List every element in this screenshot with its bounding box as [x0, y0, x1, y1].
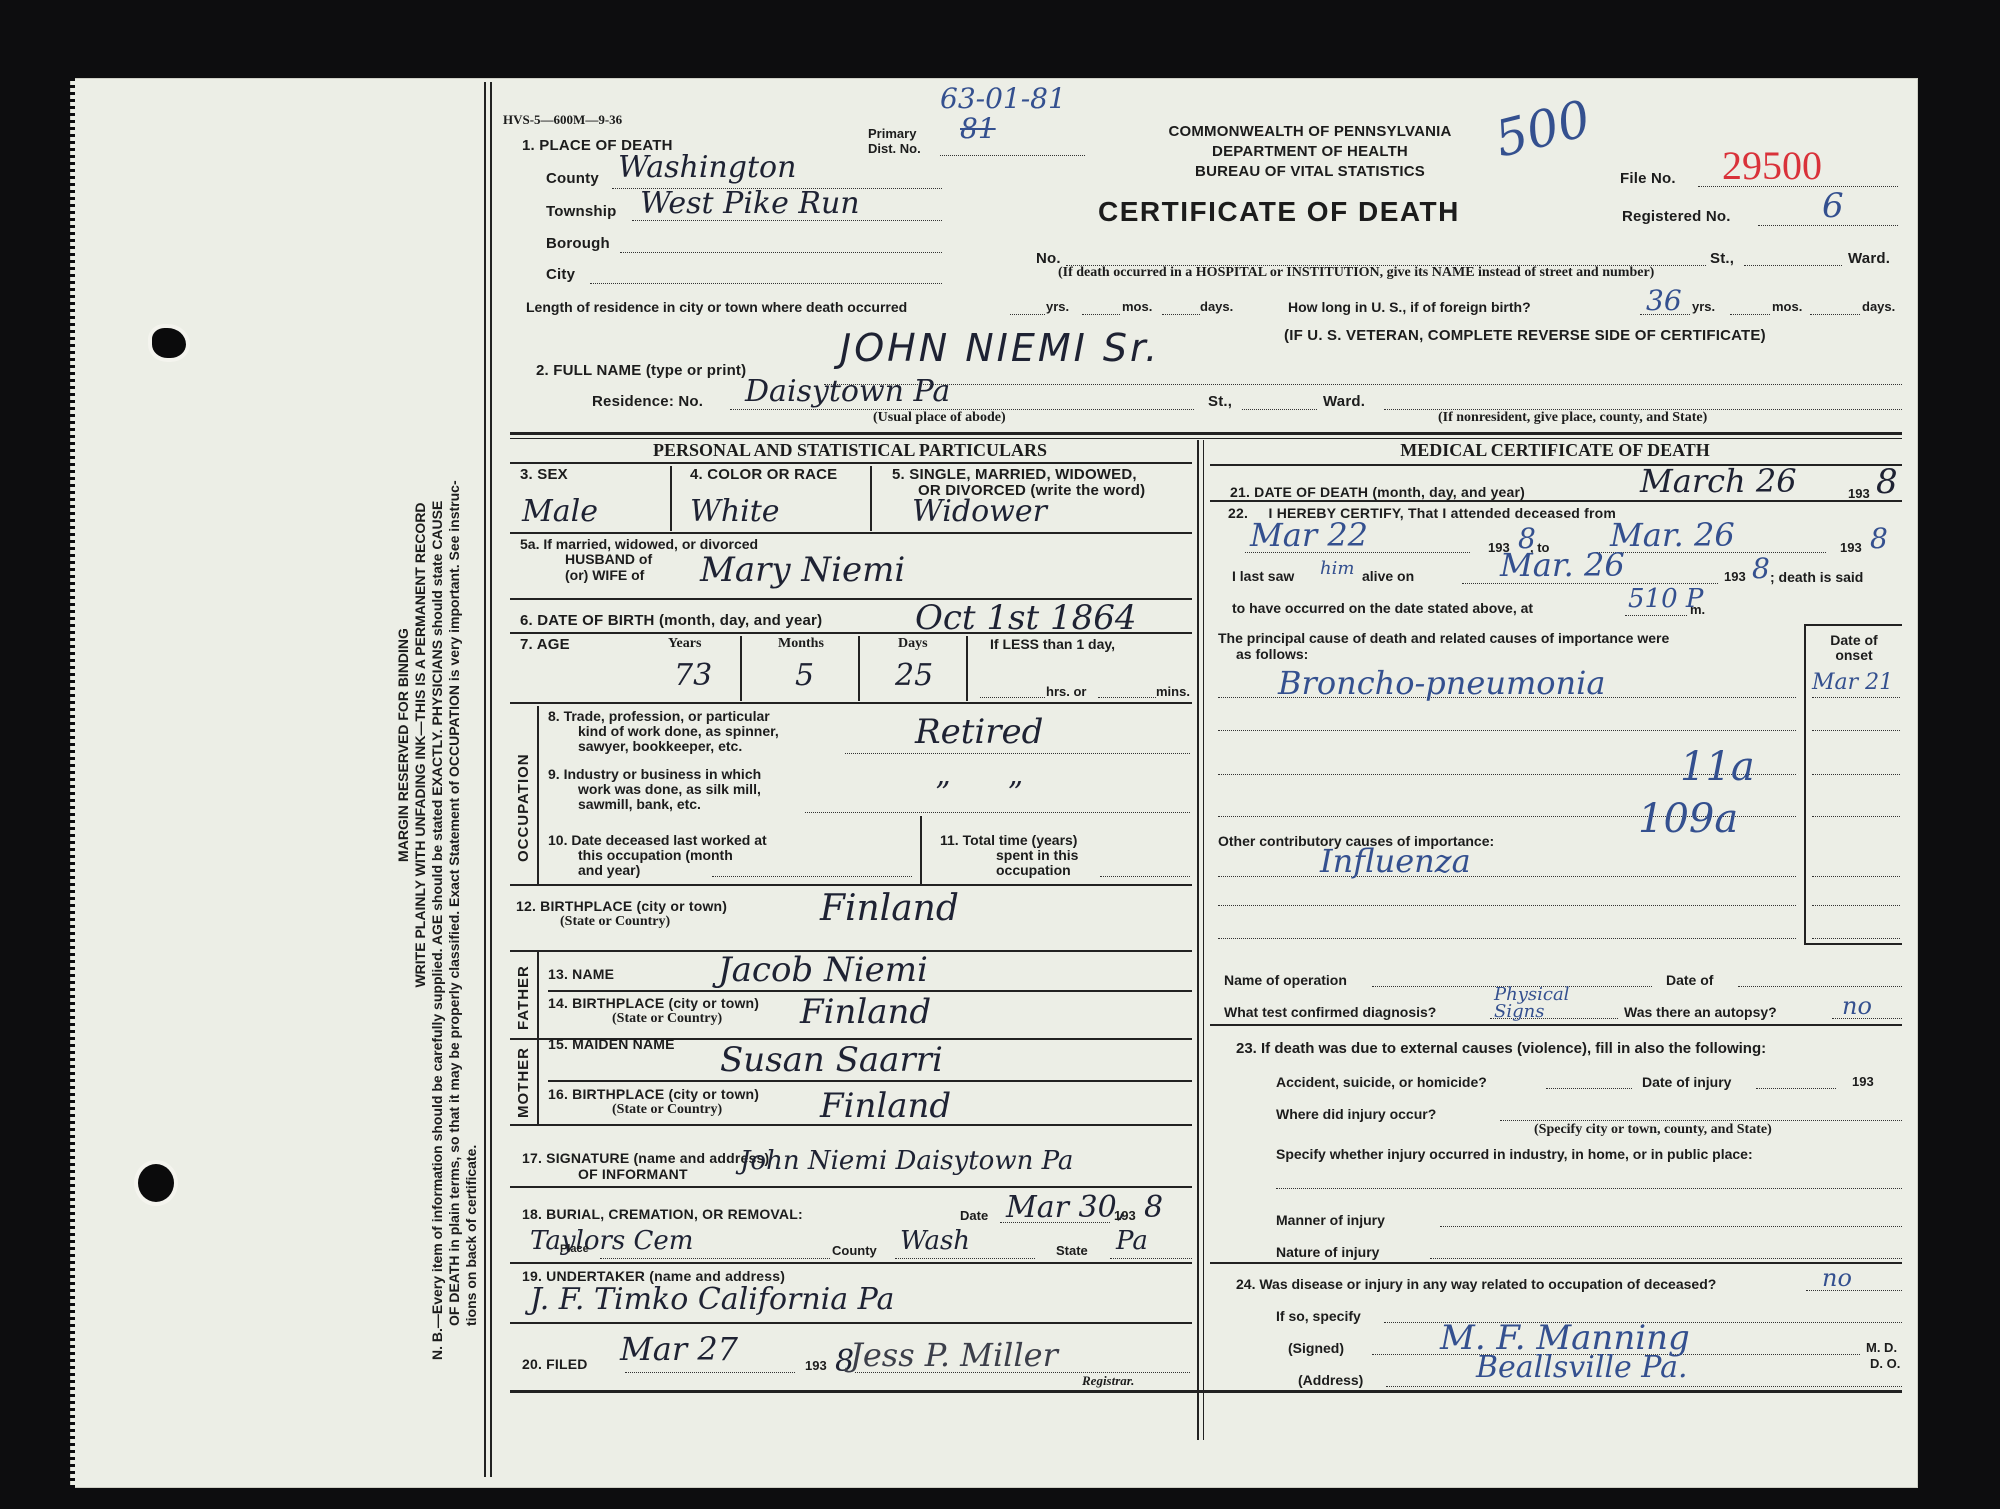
mother-bp-label-1: 16. BIRTHPLACE (city or town) [548, 1086, 759, 1102]
total-time-field[interactable] [1100, 876, 1190, 877]
onset-line-2[interactable] [1812, 730, 1900, 731]
dist-no-label: Dist. No. [868, 141, 921, 156]
principal-cause-value: Broncho-pneumonia [1278, 664, 1605, 702]
last-saw-label-1: I last saw [1232, 568, 1294, 584]
accident-field[interactable] [1546, 1088, 1632, 1089]
residence-ward-label: Ward. [1323, 393, 1365, 410]
operation-label: Name of operation [1224, 972, 1347, 988]
burial-place-field[interactable] [600, 1258, 830, 1259]
birthplace-label-2: (State or Country) [560, 914, 670, 930]
onset-line-3[interactable] [1812, 774, 1900, 775]
file-no-value: 29500 [1722, 142, 1822, 189]
onset-note-109a: 109a [1638, 796, 1738, 842]
age-div-1 [740, 636, 742, 701]
occupation-related-value: no [1822, 1264, 1852, 1292]
attended-to-year-prefix: 193 [1840, 540, 1862, 555]
other-onset-line-2[interactable] [1812, 905, 1900, 906]
burial-county-label: County [832, 1243, 877, 1258]
cause-label-1: The principal cause of death and related… [1218, 630, 1669, 646]
occupation-side-bar [537, 706, 539, 886]
age-label: 7. AGE [520, 636, 570, 653]
race-marital-divider [870, 466, 872, 531]
residence-st-label: St., [1208, 393, 1232, 410]
township-label: Township [546, 203, 616, 220]
do-label: D. O. [1870, 1356, 1900, 1371]
specify-label: Specify whether injury occurred in indus… [1276, 1146, 1753, 1162]
last-saw-year-suffix: 8 [1752, 552, 1770, 585]
spouse-label-2: HUSBAND of [565, 551, 652, 567]
burial-place-value: Taylors Cem [530, 1226, 693, 1256]
attended-to-value: Mar. 26 [1610, 516, 1735, 554]
spouse-value: Mary Niemi [700, 550, 905, 590]
father-side-bar [537, 952, 539, 1038]
race-label: 4. COLOR OR RACE [690, 466, 837, 483]
form-border-inner [490, 82, 492, 1477]
burial-year-suffix: 8 [1144, 1190, 1163, 1225]
where-field[interactable] [1500, 1120, 1902, 1121]
undertaker-value: J. F. Timko California Pa [530, 1282, 894, 1317]
age-less-label: If LESS than 1 day, [990, 636, 1115, 652]
other-cause-line-1[interactable] [1218, 876, 1796, 877]
last-saw-value: Mar. 26 [1500, 546, 1625, 584]
mother-name-label: 15. MAIDEN NAME [548, 1036, 675, 1052]
sex-race-divider [670, 466, 672, 531]
borough-field[interactable] [620, 252, 942, 253]
accident-label: Accident, suicide, or homicide? [1276, 1074, 1487, 1090]
burial-county-field[interactable] [895, 1258, 1035, 1259]
other-cause-line-3[interactable] [1218, 938, 1796, 939]
margin-note-line-5: tions on back of certificate. [463, 130, 480, 1360]
residence-value: Daisytown Pa [745, 374, 950, 409]
onset-box-bottom [1804, 943, 1902, 945]
occupation-section-label: OCCUPATION [515, 753, 532, 862]
total-time-label-2: spent in this [996, 847, 1078, 863]
residence-mos-label: mos. [1122, 299, 1152, 314]
occupation-mid-divider [920, 816, 922, 886]
test-label: What test confirmed diagnosis? [1224, 1004, 1436, 1020]
annotation-top-number: 63-01-81 [940, 82, 1066, 115]
township-value: West Pike Run [640, 186, 860, 221]
mother-bp-value: Finland [820, 1086, 951, 1126]
spouse-label-3: (or) WIFE of [565, 567, 644, 583]
last-worked-label-1: 10. Date deceased last worked at [548, 832, 767, 848]
total-time-label-3: occupation [996, 862, 1071, 878]
medical-rule-4 [1210, 1262, 1902, 1264]
registrar-label: Registrar. [1082, 1373, 1134, 1389]
address-value: Beallsville Pa. [1476, 1350, 1688, 1385]
age-hrs-label: hrs. or [1046, 684, 1086, 699]
dod-year-suffix: 8 [1876, 462, 1898, 502]
marital-label-1: 5. SINGLE, MARRIED, WIDOWED, [892, 466, 1137, 483]
age-years-label: Years [668, 636, 701, 652]
binding-hole-top [152, 328, 186, 358]
residence-mos-field[interactable] [1082, 314, 1120, 315]
where-note: (Specify city or town, county, and State… [1534, 1122, 1772, 1138]
last-worked-field[interactable] [712, 876, 912, 877]
age-div-3 [966, 636, 968, 701]
us-days-field[interactable] [1810, 314, 1860, 315]
test-value: Physical Signs [1494, 986, 1614, 1020]
nature-label: Nature of injury [1276, 1244, 1379, 1260]
informant-value: John Niemi Daisytown Pa [740, 1146, 1073, 1176]
death-said-label: ; death is said [1770, 569, 1863, 585]
veteran-note: (IF U. S. VETERAN, COMPLETE REVERSE SIDE… [1284, 327, 1766, 344]
section-divider-top-2 [510, 438, 1902, 439]
injury-date-label: Date of injury [1642, 1074, 1731, 1090]
sex-label: 3. SEX [520, 466, 568, 483]
burial-state-field[interactable] [1110, 1258, 1192, 1259]
last-saw-label-2: alive on [1362, 568, 1414, 584]
marital-value: Widower [912, 494, 1047, 529]
industry-label-3: sawmill, bank, etc. [578, 796, 701, 812]
industry-field[interactable] [805, 812, 1190, 813]
header-bureau: BUREAU OF VITAL STATISTICS [1140, 163, 1480, 180]
medical-rule-2 [1210, 500, 1902, 502]
age-hrs-field[interactable] [980, 697, 1045, 698]
city-field[interactable] [590, 283, 942, 284]
if-so-label: If so, specify [1276, 1308, 1361, 1324]
margin-note-line-3: N. B.—Every item of information should b… [429, 130, 446, 1360]
form-code: HVS-5—600M—9-36 [503, 112, 622, 128]
file-no-label: File No. [1620, 170, 1676, 187]
principal-onset-value: Mar 21 [1812, 670, 1893, 695]
operation-date-field[interactable] [1738, 986, 1902, 987]
medical-rule-3 [1210, 1024, 1902, 1026]
section-divider-top [510, 432, 1902, 435]
signed-label: (Signed) [1288, 1340, 1344, 1356]
occurred-label: to have occurred on the date stated abov… [1232, 600, 1533, 616]
personal-rule-10 [510, 1186, 1192, 1188]
burial-date-value: Mar 30, [1006, 1190, 1126, 1225]
filed-date-field[interactable] [625, 1372, 795, 1373]
county-label: County [546, 170, 599, 187]
external-label: 23. If death was due to external causes … [1236, 1040, 1766, 1057]
birthplace-value: Finland [820, 888, 959, 929]
autopsy-value: no [1842, 992, 1872, 1020]
nonresident-note: (If nonresident, give place, county, and… [1438, 410, 1707, 426]
column-divider [1197, 440, 1199, 1440]
industry-value: ” ” [935, 776, 1023, 811]
hospital-note: (If death occurred in a HOSPITAL or INST… [1058, 265, 1654, 281]
manner-field[interactable] [1440, 1226, 1902, 1227]
binding-hole-bottom [138, 1164, 174, 1202]
dist-no-field[interactable] [940, 155, 1085, 156]
address-label: (Address) [1298, 1372, 1363, 1388]
other-cause-value: Influenza [1320, 842, 1471, 880]
burial-place-label: Place [560, 1243, 589, 1255]
manner-label: Manner of injury [1276, 1212, 1385, 1228]
last-saw-year-prefix: 193 [1724, 569, 1746, 584]
us-residence-label: How long in U. S., if of foreign birth? [1288, 299, 1531, 315]
personal-rule-11 [510, 1262, 1192, 1264]
m-label: m. [1690, 602, 1705, 617]
age-mins-label: mins. [1156, 684, 1190, 699]
burial-label: 18. BURIAL, CREMATION, OR REMOVAL: [522, 1206, 803, 1222]
birthplace-label-1: 12. BIRTHPLACE (city or town) [516, 898, 727, 914]
filed-value: Mar 27 [620, 1330, 738, 1368]
age-days-label: Days [898, 636, 928, 652]
age-months-label: Months [778, 636, 824, 652]
margin-note-line-4: OF DEATH in plain terms, so that it may … [446, 130, 463, 1360]
mother-bp-label-2: (State or Country) [612, 1102, 722, 1118]
registered-no-value: 6 [1822, 186, 1844, 226]
personal-rule-2 [510, 532, 1192, 534]
personal-rule-12 [510, 1322, 1192, 1324]
operation-date-label: Date of [1666, 972, 1713, 988]
injury-date-field[interactable] [1756, 1088, 1836, 1089]
onset-header-2: onset [1808, 647, 1900, 663]
cause-line-2[interactable] [1218, 730, 1796, 731]
city-label: City [546, 266, 575, 283]
age-years-value: 73 [674, 658, 712, 693]
age-months-value: 5 [795, 658, 814, 693]
onset-box-top [1804, 624, 1902, 626]
specify-field[interactable] [1276, 1188, 1902, 1189]
onset-box-left [1804, 624, 1806, 944]
time-field[interactable] [1625, 615, 1687, 616]
informant-label-2: OF INFORMANT [578, 1166, 688, 1182]
cause-label-2: as follows: [1236, 646, 1308, 662]
residence-label: Residence: No. [592, 393, 703, 410]
last-saw-pronoun: him [1320, 558, 1354, 579]
last-worked-label-3: and year) [578, 862, 640, 878]
bottom-rule [510, 1390, 1902, 1393]
certificate-title: CERTIFICATE OF DEATH [1098, 196, 1460, 228]
burial-date-label: Date [960, 1208, 988, 1223]
county-value: Washington [618, 150, 796, 185]
attended-to-year-suffix: 8 [1870, 522, 1888, 555]
mother-section-label: MOTHER [515, 1047, 532, 1118]
age-mins-field[interactable] [1098, 697, 1156, 698]
registrar-value: Jess P. Miller [850, 1336, 1058, 1374]
mother-name-value: Susan Saarri [720, 1040, 943, 1080]
race-value: White [690, 494, 780, 529]
column-divider-2 [1203, 440, 1204, 1440]
borough-label: Borough [546, 235, 610, 252]
margin-note-line-1: MARGIN RESERVED FOR BINDING [395, 130, 412, 1360]
address-field[interactable] [1386, 1386, 1902, 1387]
father-name-label: 13. NAME [548, 966, 614, 982]
total-time-label-1: 11. Total time (years) [940, 832, 1077, 848]
father-bp-value: Finland [800, 992, 931, 1032]
medical-section-title: MEDICAL CERTIFICATE OF DEATH [1210, 440, 1900, 461]
industry-label-2: work was done, as silk mill, [578, 781, 761, 797]
trade-label-2: kind of work done, as spinner, [578, 723, 779, 739]
other-onset-line-1[interactable] [1812, 876, 1900, 877]
last-worked-label-2: this occupation (month [578, 847, 733, 863]
burial-state-label: State [1056, 1243, 1088, 1258]
onset-note-11a: 11a [1680, 744, 1755, 790]
trade-field[interactable] [845, 753, 1190, 754]
form-border-outer [484, 82, 486, 1477]
filed-year-prefix: 193 [805, 1358, 827, 1373]
us-mos-label: mos. [1772, 299, 1802, 314]
trade-label-1: 8. Trade, profession, or particular [548, 708, 770, 724]
dod-label: 21. DATE OF DEATH (month, day, and year) [1230, 484, 1525, 500]
onset-line-4[interactable] [1812, 816, 1900, 817]
personal-rule-4 [510, 632, 1192, 634]
us-days-label: days. [1862, 299, 1895, 314]
sex-value: Male [522, 494, 598, 529]
full-name-label: 2. FULL NAME (type or print) [536, 362, 746, 379]
primary-dist-value: 81 [960, 112, 996, 145]
father-bp-label-1: 14. BIRTHPLACE (city or town) [548, 995, 759, 1011]
us-yrs-label: yrs. [1692, 299, 1715, 314]
primary-label: Primary [868, 126, 916, 141]
occupation-related-field[interactable] [1806, 1290, 1902, 1291]
informant-label-1: 17. SIGNATURE (name and address) [522, 1150, 769, 1166]
residence-days-label: days. [1200, 299, 1233, 314]
md-label: M. D. [1866, 1340, 1897, 1355]
where-label: Where did injury occur? [1276, 1106, 1436, 1122]
burial-county-value: Wash [900, 1226, 970, 1256]
header-department: DEPARTMENT OF HEALTH [1140, 143, 1480, 160]
injury-year-prefix: 193 [1852, 1074, 1874, 1089]
personal-rule-1 [510, 462, 1192, 464]
street-st-label: St., [1710, 250, 1734, 267]
medical-rule-1 [1210, 464, 1902, 466]
margin-note-line-2: WRITE PLAINLY WITH UNFADING INK—THIS IS … [412, 130, 429, 1360]
other-cause-line-2[interactable] [1218, 905, 1796, 906]
mother-rule [548, 1080, 1192, 1082]
street-ward-field[interactable] [1744, 265, 1842, 266]
burial-state-value: Pa [1116, 1226, 1148, 1256]
perforated-edge [70, 78, 75, 1488]
occupation-related-label: 24. Was disease or injury in any way rel… [1236, 1276, 1716, 1292]
registered-no-label: Registered No. [1622, 208, 1731, 225]
residence-yrs-label: yrs. [1046, 299, 1069, 314]
personal-rule-9 [510, 1124, 1192, 1126]
autopsy-label: Was there an autopsy? [1624, 1004, 1777, 1020]
margin-note: MARGIN RESERVED FOR BINDING WRITE PLAINL… [395, 130, 480, 1360]
personal-rule-5 [510, 702, 1192, 704]
usual-abode-note: (Usual place of abode) [873, 410, 1006, 426]
age-days-value: 25 [895, 658, 933, 693]
age-div-2 [858, 636, 860, 701]
trade-label-3: sawyer, bookkeeper, etc. [578, 738, 742, 754]
personal-rule-6 [510, 884, 1192, 886]
full-name-field[interactable] [824, 384, 1902, 385]
residence-yrs-field[interactable] [1010, 314, 1045, 315]
onset-line-1[interactable] [1812, 697, 1900, 698]
other-onset-line-3[interactable] [1812, 938, 1900, 939]
father-section-label: FATHER [515, 965, 532, 1030]
industry-label-1: 9. Industry or business in which [548, 766, 761, 782]
nature-field[interactable] [1430, 1258, 1902, 1259]
dod-year-prefix: 193 [1848, 486, 1870, 501]
residence-ward-no-field[interactable] [1242, 409, 1317, 410]
full-name-value: JOHN NIEMI Sr. [840, 326, 1160, 370]
us-years-value: 36 [1646, 284, 1682, 317]
personal-section-title: PERSONAL AND STATISTICAL PARTICULARS [510, 440, 1190, 461]
burial-year-prefix: 193 [1114, 1208, 1136, 1223]
trade-value: Retired [915, 712, 1043, 752]
dod-value: March 26 [1640, 462, 1797, 500]
residence-days-field[interactable] [1162, 314, 1200, 315]
us-mos-field[interactable] [1730, 314, 1770, 315]
father-bp-label-2: (State or Country) [612, 1011, 722, 1027]
street-ward-label: Ward. [1848, 250, 1890, 267]
onset-header-1: Date of [1808, 632, 1900, 648]
filed-label: 20. FILED [522, 1356, 588, 1372]
dob-label: 6. DATE OF BIRTH (month, day, and year) [520, 612, 822, 629]
attended-from-value: Mar 22 [1250, 516, 1368, 554]
father-name-value: Jacob Niemi [718, 950, 928, 990]
header-commonwealth: COMMONWEALTH OF PENNSYLVANIA [1140, 123, 1480, 140]
mother-side-bar [537, 1040, 539, 1124]
residence-length-label: Length of residence in city or town wher… [526, 299, 907, 315]
